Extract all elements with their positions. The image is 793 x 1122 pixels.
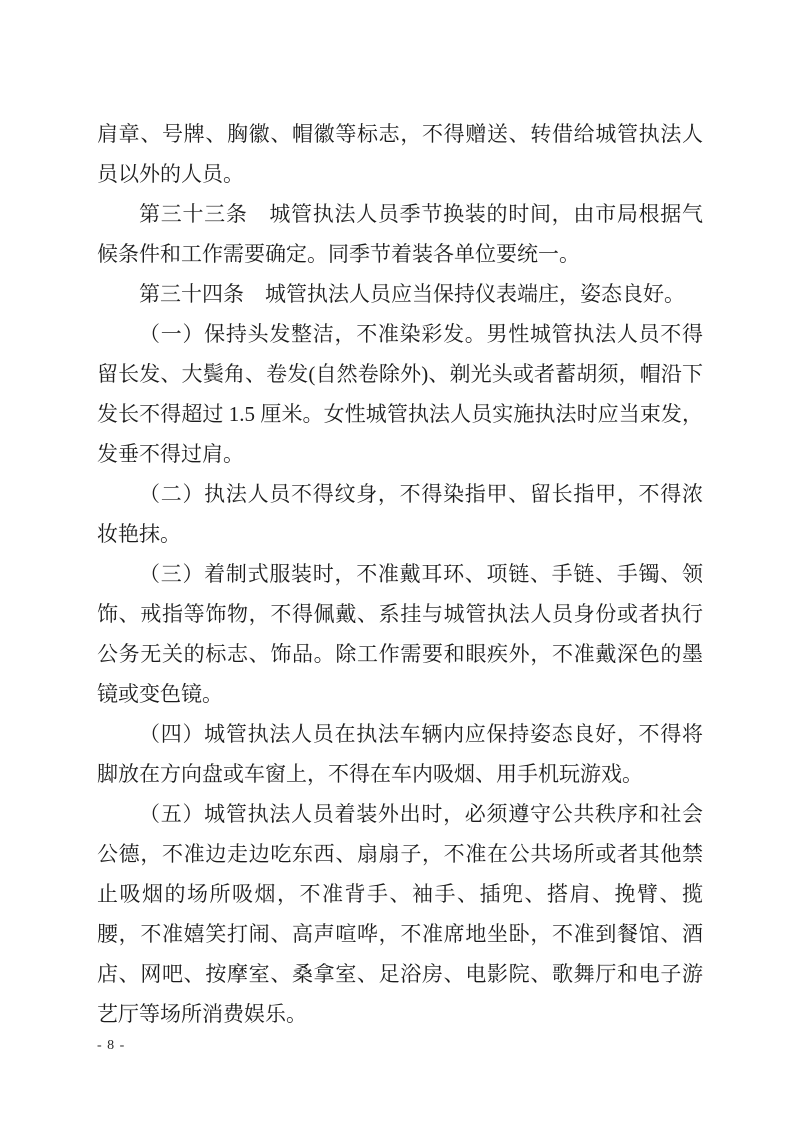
page-number: - 8 - [97, 1036, 125, 1056]
paragraph-item-2: （二）执法人员不得纹身，不得染指甲、留长指甲，不得浓妆艳抹。 [97, 474, 703, 554]
paragraph-article-34: 第三十四条 城管执法人员应当保持仪表端庄，姿态良好。 [97, 274, 703, 314]
document-page: 肩章、号牌、胸徽、帽徽等标志，不得赠送、转借给城管执法人员以外的人员。 第三十三… [0, 0, 793, 1122]
paragraph-item-1: （一）保持头发整洁，不准染彩发。男性城管执法人员不得留长发、大鬓角、卷发(自然卷… [97, 314, 703, 474]
document-body-text: 肩章、号牌、胸徽、帽徽等标志，不得赠送、转借给城管执法人员以外的人员。 第三十三… [97, 114, 703, 1034]
paragraph-item-3: （三）着制式服装时，不准戴耳环、项链、手链、手镯、领饰、戒指等饰物，不得佩戴、系… [97, 554, 703, 714]
paragraph-item-5: （五）城管执法人员着装外出时，必须遵守公共秩序和社会公德，不准边走边吃东西、扇扇… [97, 794, 703, 1034]
paragraph-article-33: 第三十三条 城管执法人员季节换装的时间，由市局根据气候条件和工作需要确定。同季节… [97, 194, 703, 274]
paragraph-item-4: （四）城管执法人员在执法车辆内应保持姿态良好，不得将脚放在方向盘或车窗上，不得在… [97, 714, 703, 794]
paragraph-continuation: 肩章、号牌、胸徽、帽徽等标志，不得赠送、转借给城管执法人员以外的人员。 [97, 114, 703, 194]
